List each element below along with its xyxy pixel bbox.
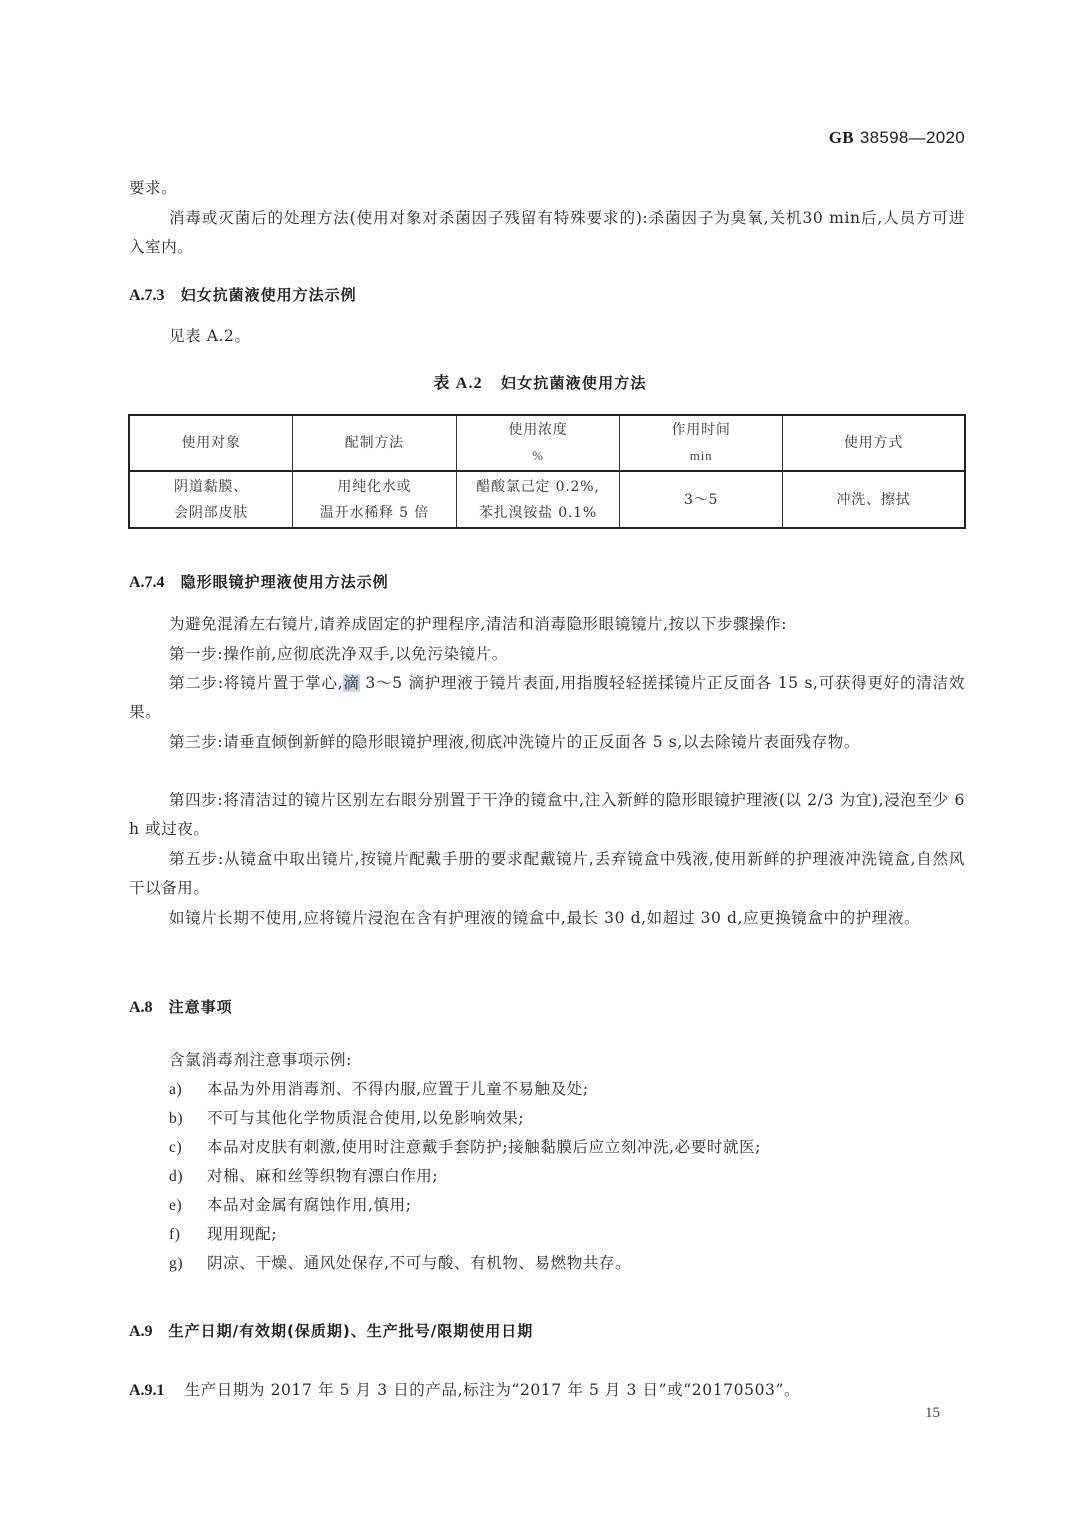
text-selection-highlight[interactable]: 滴 bbox=[343, 674, 359, 692]
cell-method: 冲洗、擦拭 bbox=[782, 471, 965, 528]
section-heading-a9: A.9生产日期/有效期(保质期)、生产批号/限期使用日期 bbox=[129, 1320, 533, 1341]
section-title: 隐形眼镜护理液使用方法示例 bbox=[181, 573, 389, 591]
section-number: A.9.1 bbox=[129, 1382, 165, 1399]
unit-percent: % bbox=[457, 443, 620, 469]
paragraph-step-4: 第四步:将清洁过的镜片区别左右眼分别置于干净的镜盒中,注入新鲜的隐形眼镜护理液(… bbox=[129, 786, 965, 844]
table-header-row: 使用对象 配制方法 使用浓度% 作用时间min 使用方式 bbox=[129, 415, 965, 471]
standard-code: GB38598—2020 bbox=[829, 128, 965, 148]
paragraph-post-treatment: 消毒或灭菌后的处理方法(使用对象对杀菌因子残留有特殊要求的):杀菌因子为臭氧,关… bbox=[129, 204, 965, 262]
precautions-list: a)本品为外用消毒剂、不得内服,应置于儿童不易触及处; b)不可与其他化学物质混… bbox=[169, 1075, 965, 1278]
paragraph-step-2: 第二步:将镜片置于掌心,滴 3～5 滴护理液于镜片表面,用指腹轻轻搓揉镜片正反面… bbox=[129, 669, 965, 727]
section-heading-a74: A.7.4隐形眼镜护理液使用方法示例 bbox=[129, 571, 389, 592]
header-time: 作用时间min bbox=[620, 415, 783, 471]
section-title: 生产日期/有效期(保质期)、生产批号/限期使用日期 bbox=[169, 1322, 534, 1340]
standard-number: 38598—2020 bbox=[860, 128, 965, 147]
list-item: d)对棉、麻和丝等织物有漂白作用; bbox=[169, 1162, 965, 1191]
paragraph-precautions-intro: 含氯消毒剂注意事项示例: bbox=[129, 1046, 965, 1075]
paragraph-a91: A.9.1生产日期为 2017 年 5 月 3 日的产品,标注为“2017 年 … bbox=[129, 1376, 965, 1405]
header-preparation: 配制方法 bbox=[293, 415, 457, 471]
unit-min: min bbox=[620, 443, 782, 469]
list-item: e)本品对金属有腐蚀作用,慎用; bbox=[169, 1191, 965, 1220]
paragraph-intro: 为避免混淆左右镜片,请养成固定的护理程序,清洁和消毒隐形眼镜镜片,按以下步骤操作… bbox=[129, 610, 965, 639]
table-caption: 表 A.2妇女抗菌液使用方法 bbox=[0, 370, 1080, 393]
section-heading-a73: A.7.3妇女抗菌液使用方法示例 bbox=[129, 284, 357, 305]
list-item: f)现用现配; bbox=[169, 1220, 965, 1249]
section-number: A.8 bbox=[129, 999, 153, 1016]
header-method: 使用方式 bbox=[782, 415, 965, 471]
header-target: 使用对象 bbox=[129, 415, 293, 471]
paragraph-continuation: 要求。 bbox=[129, 174, 965, 203]
paragraph-step-3: 第三步:请垂直倾倒新鲜的隐形眼镜护理液,彻底冲洗镜片的正反面各 5 s,以去除镜… bbox=[129, 728, 965, 757]
section-number: A.7.3 bbox=[129, 287, 165, 304]
section-number: A.9 bbox=[129, 1323, 153, 1340]
paragraph-storage-note: 如镜片长期不使用,应将镜片浸泡在含有护理液的镜盒中,最长 30 d,如超过 30… bbox=[129, 904, 965, 933]
usage-table: 使用对象 配制方法 使用浓度% 作用时间min 使用方式 阴道黏膜、会阴部皮肤 … bbox=[128, 414, 966, 529]
header-concentration: 使用浓度% bbox=[456, 415, 620, 471]
cell-time: 3～5 bbox=[620, 471, 783, 528]
list-item: a)本品为外用消毒剂、不得内服,应置于儿童不易触及处; bbox=[169, 1075, 965, 1104]
section-number: A.7.4 bbox=[129, 574, 165, 591]
section-body: 生产日期为 2017 年 5 月 3 日的产品,标注为“2017 年 5 月 3… bbox=[185, 1381, 801, 1399]
list-item: c)本品对皮肤有刺激,使用时注意戴手套防护;接触黏膜后应立刻冲洗,必要时就医; bbox=[169, 1133, 965, 1162]
table-row: 阴道黏膜、会阴部皮肤 用纯化水或温开水稀释 5 倍 醋酸氯己定 0.2%,苯扎溴… bbox=[129, 471, 965, 528]
table-number: 表 A.2 bbox=[433, 375, 483, 392]
cell-preparation: 用纯化水或温开水稀释 5 倍 bbox=[293, 471, 457, 528]
list-item: g)阴凉、干燥、通风处保存,不可与酸、有机物、易燃物共存。 bbox=[169, 1249, 965, 1278]
cell-concentration: 醋酸氯己定 0.2%,苯扎溴铵盐 0.1% bbox=[456, 471, 620, 528]
standard-prefix: GB bbox=[829, 128, 854, 147]
section-title: 注意事项 bbox=[169, 998, 233, 1016]
cell-target: 阴道黏膜、会阴部皮肤 bbox=[129, 471, 293, 528]
section-heading-a8: A.8注意事项 bbox=[129, 996, 233, 1017]
list-item: b)不可与其他化学物质混合使用,以免影响效果; bbox=[169, 1104, 965, 1133]
paragraph-step-1: 第一步:操作前,应彻底洗净双手,以免污染镜片。 bbox=[129, 640, 965, 669]
section-title: 妇女抗菌液使用方法示例 bbox=[181, 286, 357, 304]
paragraph-see-table: 见表 A.2。 bbox=[129, 322, 965, 351]
paragraph-step-5: 第五步:从镜盒中取出镜片,按镜片配戴手册的要求配戴镜片,丢弃镜盒中残液,使用新鲜… bbox=[129, 845, 965, 903]
table-title: 妇女抗菌液使用方法 bbox=[501, 374, 647, 392]
page-number: 15 bbox=[925, 1405, 940, 1422]
